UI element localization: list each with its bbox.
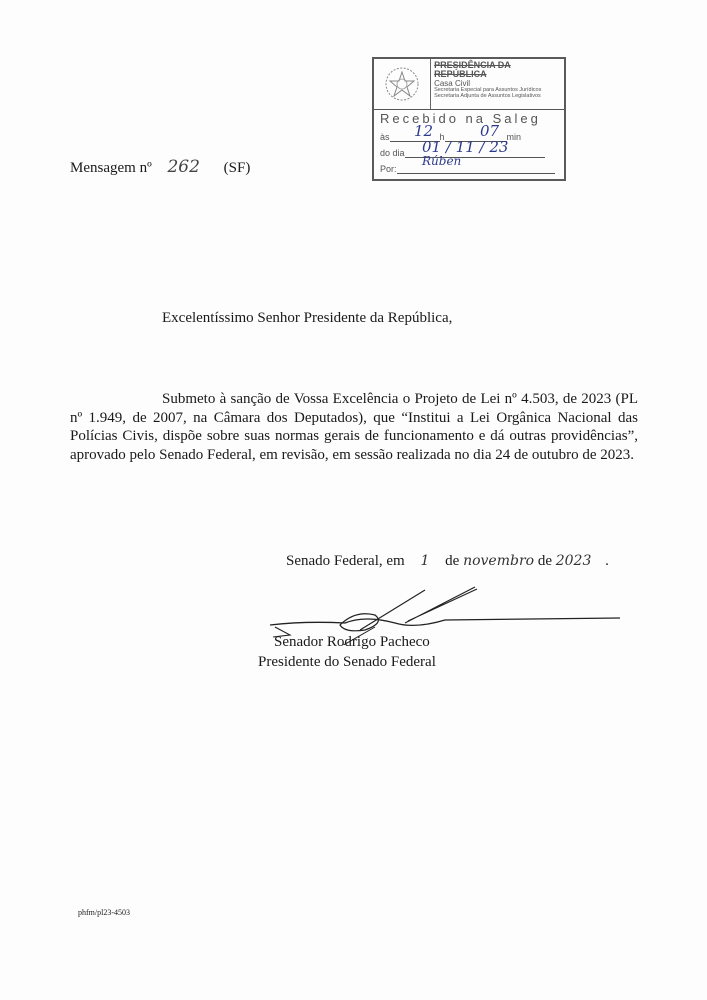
place-prefix: Senado Federal, em <box>286 553 405 569</box>
stamp-min-suffix: min <box>507 132 522 142</box>
footer-reference-code: phfm/pl23-4503 <box>78 908 130 917</box>
signer-name: Senador Rodrigo Pacheco <box>274 634 430 651</box>
stamp-received-label: Recebido na Saleg <box>374 111 564 126</box>
body-paragraph: Submeto à sanção de Vossa Excelência o P… <box>70 390 638 464</box>
message-number-value: 262 <box>167 157 199 177</box>
stamp-by-label: Por: <box>380 164 397 174</box>
place-day: 1 <box>420 553 429 569</box>
place-de1: de <box>445 553 459 569</box>
stamp-time-prefix: às <box>380 132 390 142</box>
salutation: Excelentíssimo Senhor Presidente da Repú… <box>162 310 452 327</box>
message-suffix: (SF) <box>224 160 251 176</box>
place-month: novembro <box>463 553 534 569</box>
document-page: PRESIDÊNCIA DA REPÚBLICA Casa Civil Secr… <box>0 0 707 1000</box>
stamp-by-value: Rúben <box>422 154 461 168</box>
place-date: Senado Federal, em 1 de novembro de 2023… <box>286 553 609 570</box>
stamp-date-prefix: do dia <box>380 148 405 158</box>
stamp-line4: Secretaria Adjunta de Assuntos Legislati… <box>434 94 561 100</box>
message-label: Mensagem nº <box>70 160 152 176</box>
stamp-title: PRESIDÊNCIA DA REPÚBLICA <box>434 61 561 80</box>
place-de2: de <box>538 553 552 569</box>
signer-role: Presidente do Senado Federal <box>258 654 436 671</box>
place-year: 2023 <box>556 553 592 569</box>
reception-stamp: PRESIDÊNCIA DA REPÚBLICA Casa Civil Secr… <box>372 57 566 181</box>
place-end: . <box>605 553 609 569</box>
coat-of-arms-icon <box>374 59 431 109</box>
message-number: Mensagem nº 262 (SF) <box>70 157 250 177</box>
